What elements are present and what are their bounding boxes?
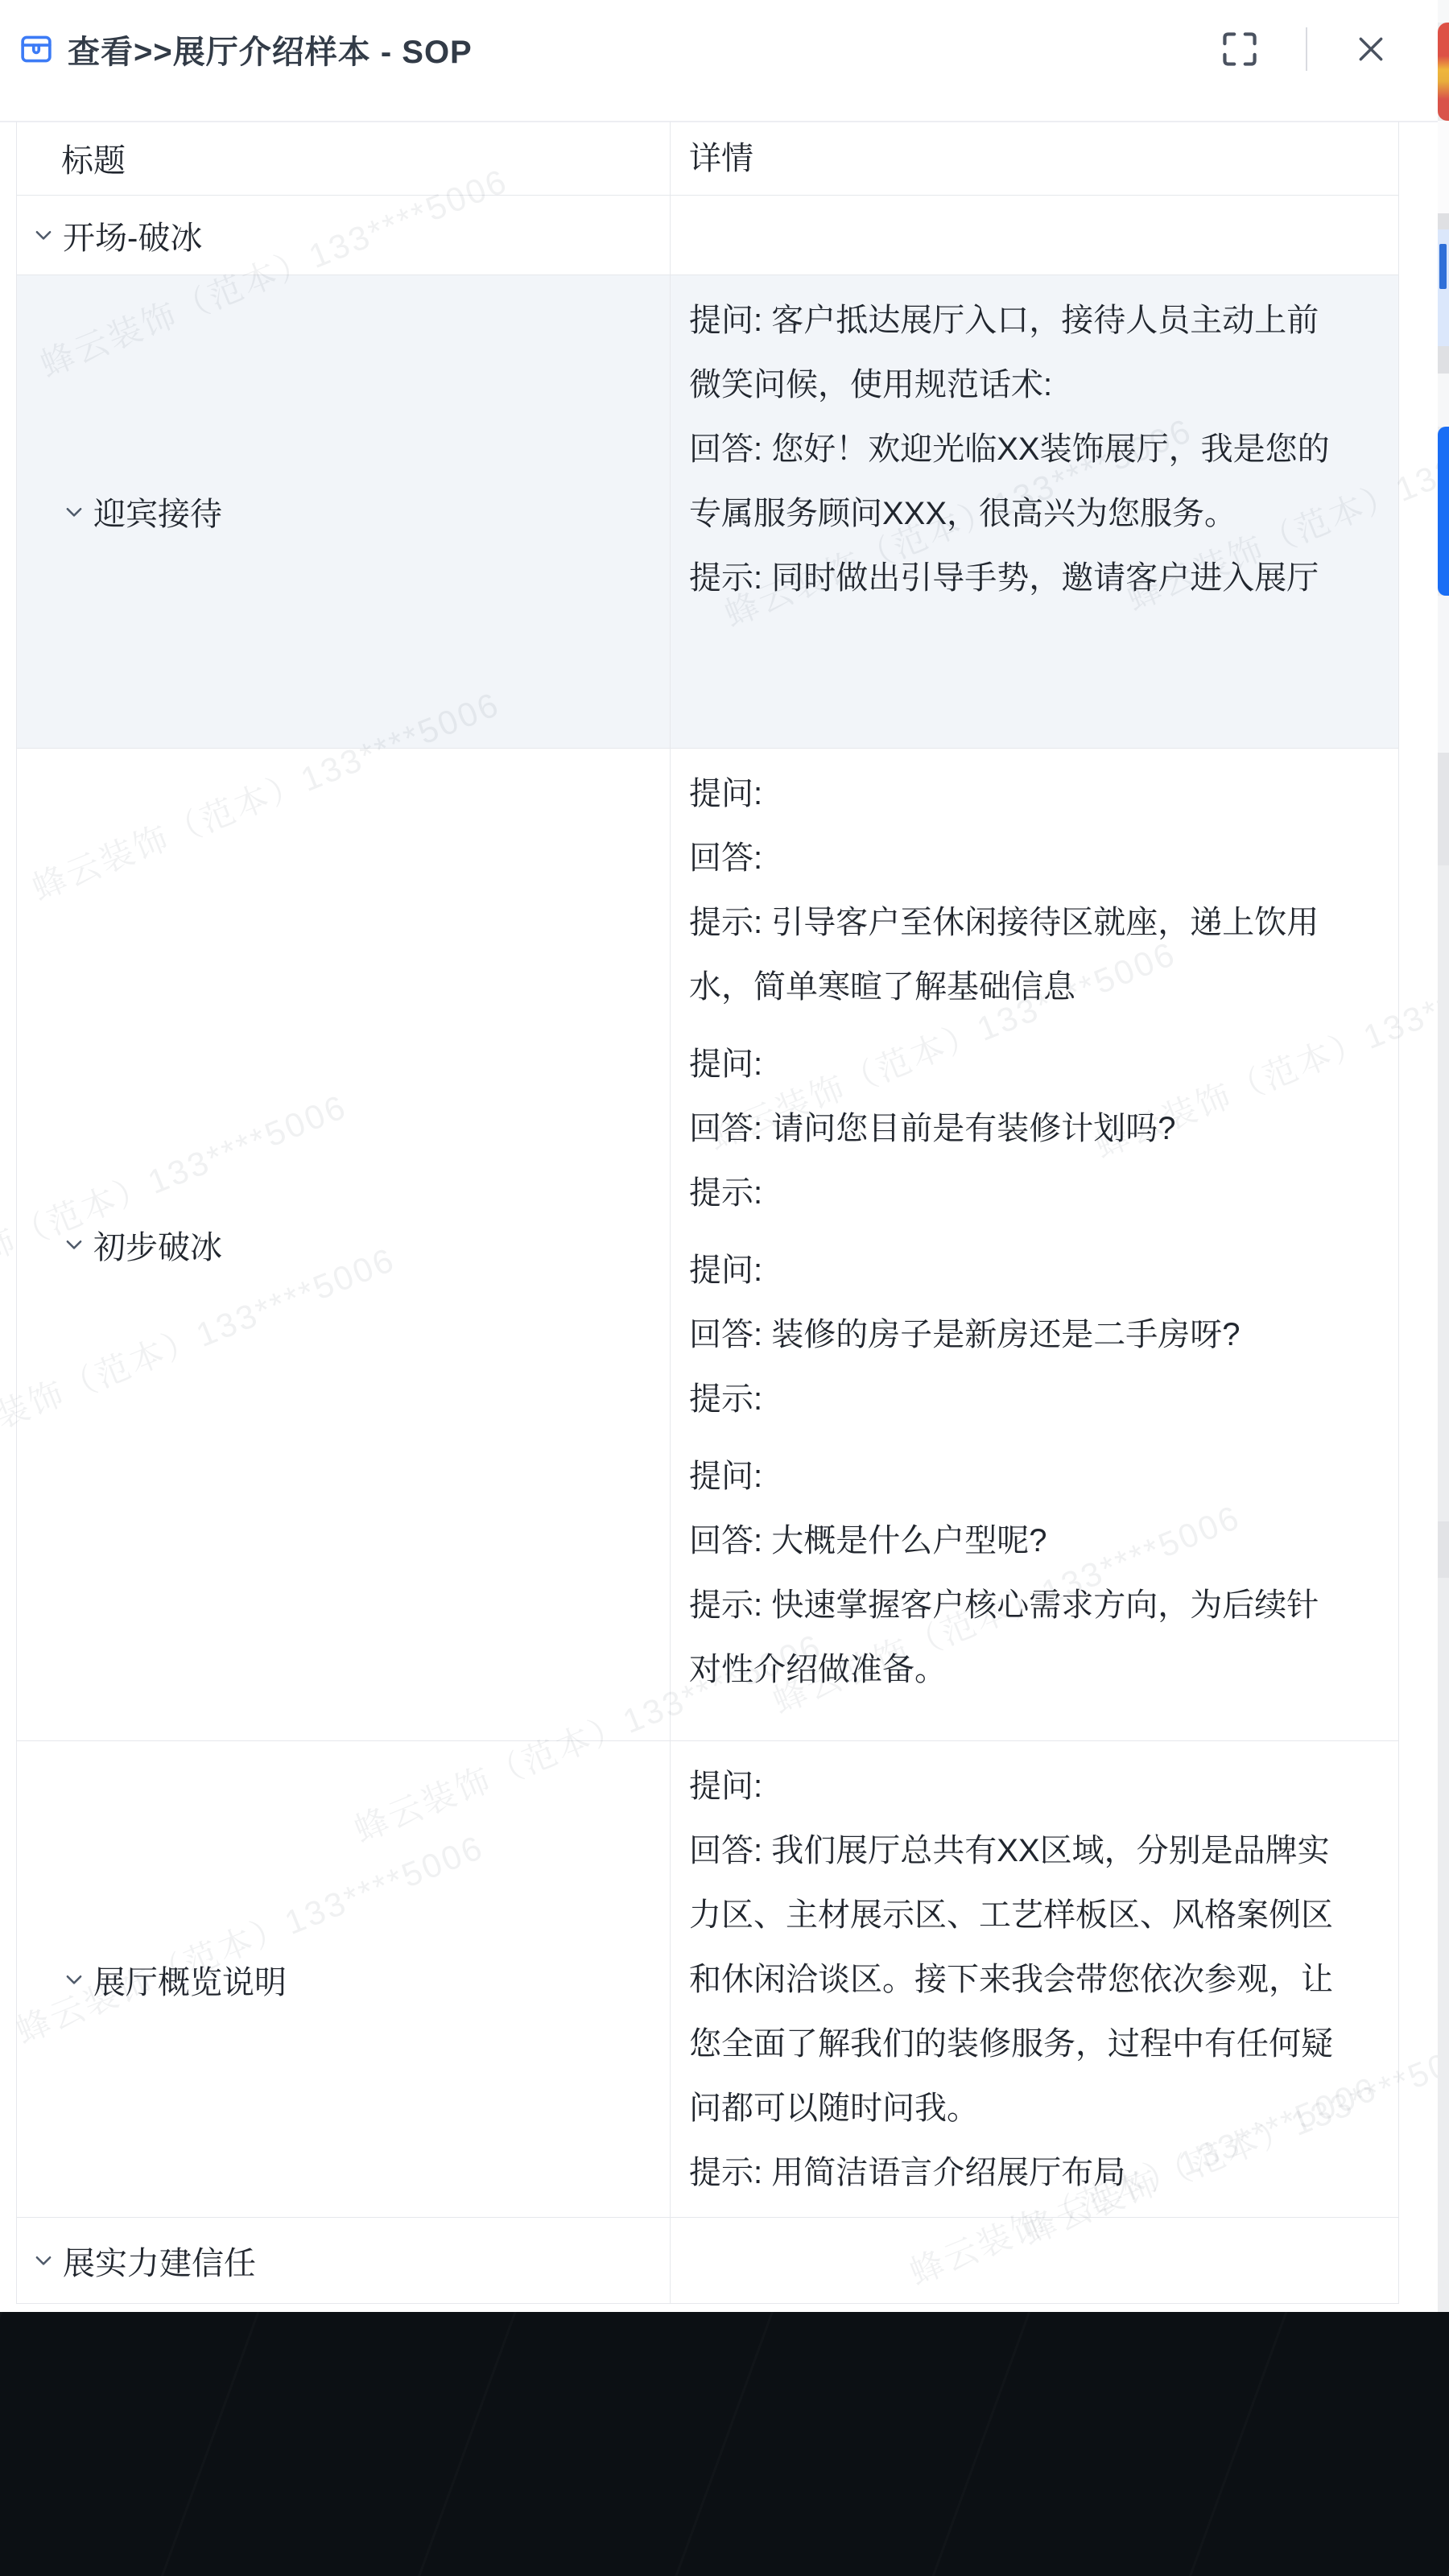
detail-line: 提示: 同时做出引导手势，邀请客户进入展厅 [689,546,1347,610]
qa-block: 提问:回答:提示: 引导客户至休闲接待区就座，递上饮用水，简单寒暄了解基础信息 [689,762,1347,1019]
qa-block: 提问:回答: 我们展厅总共有XX区域，分别是品牌实力区、主材展示区、工艺样板区、… [689,1754,1347,2205]
strip-text-sliver [1439,244,1447,289]
detail-line: 提示: 快速掌握客户核心需求方向，为后续针对性介绍做准备。 [689,1573,1347,1702]
row-detail-cell [670,196,1398,275]
detail-line: 提问: [689,762,1347,826]
qa-block: 提问:回答: 请问您目前是有装修计划吗?提示: [689,1032,1347,1225]
chevron-down-icon[interactable] [62,1967,86,1992]
row-title-cell: 迎宾接待 [17,275,670,748]
row-label: 展实力建信任 [63,2238,256,2284]
detail-line: 回答: 您好！欢迎光临XX装饰展厅，我是您的专属服务顾问XXX，很高兴为您服务。 [689,417,1347,546]
detail-line: 回答: [689,826,1347,890]
column-header-title: 标题 [17,122,670,195]
chevron-down-icon[interactable] [62,500,86,524]
table-row: 展实力建信任 [17,2218,1398,2304]
modal-header: 查看>>展厅介绍样本 - SOP [0,0,1438,98]
detail-line: 提示: 用简洁语言介绍展厅布局 [689,2140,1347,2205]
detail-line: 提示: [689,1161,1347,1225]
table-header-row: 标题 详情 [17,122,1398,196]
detail-line: 回答: 装修的房子是新房还是二手房呀? [689,1302,1347,1367]
header-divider [1306,27,1307,71]
screen: 蜂云装饰（范本）133****5006蜂云装饰（范本）133****5006蜂云… [0,0,1449,2576]
close-icon[interactable] [1352,31,1389,68]
row-title-cell: 展实力建信任 [17,2218,670,2303]
detail-line: 提示: [689,1367,1347,1431]
button-sliver [1438,427,1449,596]
collapsed-dark-area [0,2312,1449,2576]
strip-fragment [1438,596,1449,753]
qa-block: 提问: 客户抵达展厅入口，接待人员主动上前微笑问候，使用规范话术:回答: 您好！… [689,288,1347,610]
column-header-detail: 详情 [670,122,1398,195]
row-title-cell: 展厅概览说明 [17,1741,670,2218]
detail-line: 提问: [689,1032,1347,1096]
strip-fragment [1438,753,1449,865]
row-detail-cell [670,2218,1398,2303]
strip-fragment [1438,1521,1449,1578]
modal-header-actions [1219,27,1438,71]
row-detail-cell: 提问:回答: 我们展厅总共有XX区域，分别是品牌实力区、主材展示区、工艺样板区、… [670,1741,1398,2218]
sop-table: 标题 详情 开场-破冰迎宾接待提问: 客户抵达展厅入口，接待人员主动上前微笑问候… [16,122,1399,2304]
qa-block: 提问:回答: 大概是什么户型呢?提示: 快速掌握客户核心需求方向，为后续针对性介… [689,1444,1347,1702]
row-label: 开场-破冰 [63,213,202,258]
table-row: 初步破冰提问:回答:提示: 引导客户至休闲接待区就座，递上饮用水，简单寒暄了解基… [17,749,1398,1741]
strip-fragment [1438,374,1449,427]
row-title-cell: 初步破冰 [17,749,670,1740]
strip-fragment [1438,121,1449,213]
chevron-down-icon[interactable] [31,223,56,247]
strip-fragment [1438,0,1449,23]
detail-line: 提问: [689,1238,1347,1302]
row-detail-cell: 提问: 客户抵达展厅入口，接待人员主动上前微笑问候，使用规范话术:回答: 您好！… [670,275,1398,748]
detail-line: 提问: [689,1754,1347,1818]
row-label: 展厅概览说明 [93,1957,287,2003]
table-row: 展厅概览说明提问:回答: 我们展厅总共有XX区域，分别是品牌实力区、主材展示区、… [17,1741,1398,2218]
strip-fragment [1438,213,1449,229]
row-label: 迎宾接待 [93,489,222,535]
strip-fragment [1438,346,1449,374]
detail-line: 提问: 客户抵达展厅入口，接待人员主动上前微笑问候，使用规范话术: [689,288,1347,417]
detail-line: 回答: 请问您目前是有装修计划吗? [689,1096,1347,1161]
box-icon [18,31,55,68]
chevron-down-icon[interactable] [62,1232,86,1257]
table-row: 开场-破冰 [17,196,1398,275]
column-divider [670,122,671,2304]
table-body: 开场-破冰迎宾接待提问: 客户抵达展厅入口，接待人员主动上前微笑问候，使用规范话… [17,196,1398,2304]
row-title-cell: 开场-破冰 [17,196,670,275]
row-detail-cell: 提问:回答:提示: 引导客户至休闲接待区就座，递上饮用水，简单寒暄了解基础信息提… [670,749,1398,1740]
modal-title: 查看>>展厅介绍样本 - SOP [68,27,473,72]
table-row: 迎宾接待提问: 客户抵达展厅入口，接待人员主动上前微笑问候，使用规范话术:回答:… [17,275,1398,749]
detail-line: 回答: 我们展厅总共有XX区域，分别是品牌实力区、主材展示区、工艺样板区、风格案… [689,1818,1347,2140]
row-label: 初步破冰 [93,1222,222,1268]
app-logo-sliver-icon [1438,23,1449,121]
fullscreen-icon[interactable] [1219,28,1261,70]
background-page-strip [1438,0,1449,2312]
chevron-down-icon[interactable] [31,2248,56,2273]
detail-line: 回答: 大概是什么户型呢? [689,1509,1347,1573]
detail-line: 提示: 引导客户至休闲接待区就座，递上饮用水，简单寒暄了解基础信息 [689,890,1347,1019]
qa-block: 提问:回答: 装修的房子是新房还是二手房呀?提示: [689,1238,1347,1431]
sop-view-modal: 蜂云装饰（范本）133****5006蜂云装饰（范本）133****5006蜂云… [0,0,1438,2312]
detail-line: 提问: [689,1444,1347,1509]
